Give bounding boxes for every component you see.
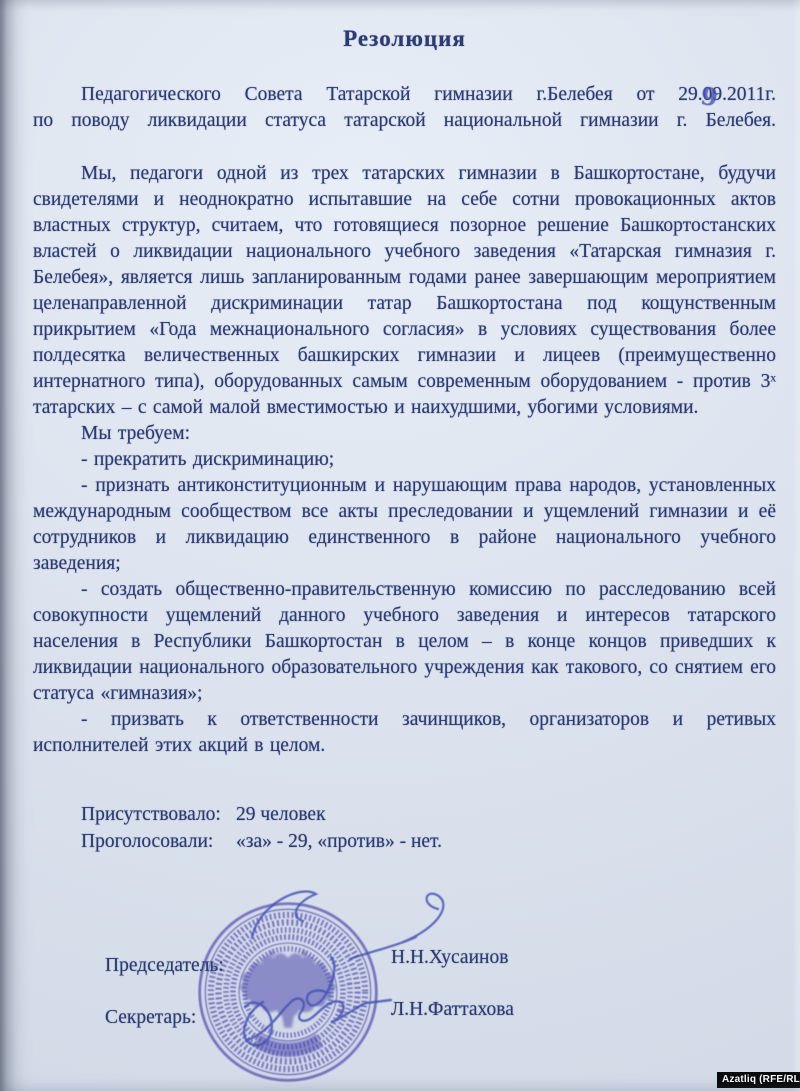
chairman-name: Н.Н.Хусаинов bbox=[391, 945, 508, 971]
official-stamp bbox=[194, 898, 382, 1086]
document-photo: Резолюция Педагогического Совета Татарск… bbox=[0, 0, 800, 1091]
secretary-label: Секретарь: bbox=[105, 1005, 196, 1031]
attendance-voted-row: Проголосовали: «за» - 29, «против» - нет… bbox=[81, 828, 776, 855]
attendance-voted-value: «за» - 29, «против» - нет. bbox=[236, 828, 776, 855]
subtitle-line: по поводу ликвидации статуса татарской н… bbox=[33, 108, 776, 134]
attendance-block: Присутствовало: 29 человек Проголосовали… bbox=[33, 801, 776, 855]
subtitle-line: Педагогического Совета Татарской гимнази… bbox=[33, 82, 776, 108]
body-paragraph: Мы требуем: bbox=[33, 421, 776, 447]
watermark-credit: Azatliq (RFE/RL) bbox=[717, 1072, 800, 1088]
attendance-present-row: Присутствовало: 29 человек bbox=[81, 801, 776, 828]
document-title: Резолюция bbox=[33, 24, 776, 54]
document-subtitle: Педагогического Совета Татарской гимнази… bbox=[33, 82, 776, 134]
secretary-name: Л.Н.Фаттахова bbox=[391, 997, 514, 1023]
attendance-voted-label: Проголосовали: bbox=[81, 828, 236, 855]
attendance-present-label: Присутствовало: bbox=[81, 801, 236, 828]
attendance-present-value: 29 человек bbox=[236, 801, 776, 828]
demand-item: - признать антиконституционным и нарушаю… bbox=[33, 473, 776, 577]
demand-item: - создать общественно-правительственную … bbox=[33, 577, 776, 707]
demand-item: - прекратить дискриминацию; bbox=[33, 447, 776, 473]
body-paragraph: Мы, педагоги одной из трех татарских гим… bbox=[33, 161, 776, 421]
resolution-document: Резолюция Педагогического Совета Татарск… bbox=[33, 24, 776, 855]
demand-item: - призвать к ответственности зачинщиков,… bbox=[33, 707, 776, 759]
